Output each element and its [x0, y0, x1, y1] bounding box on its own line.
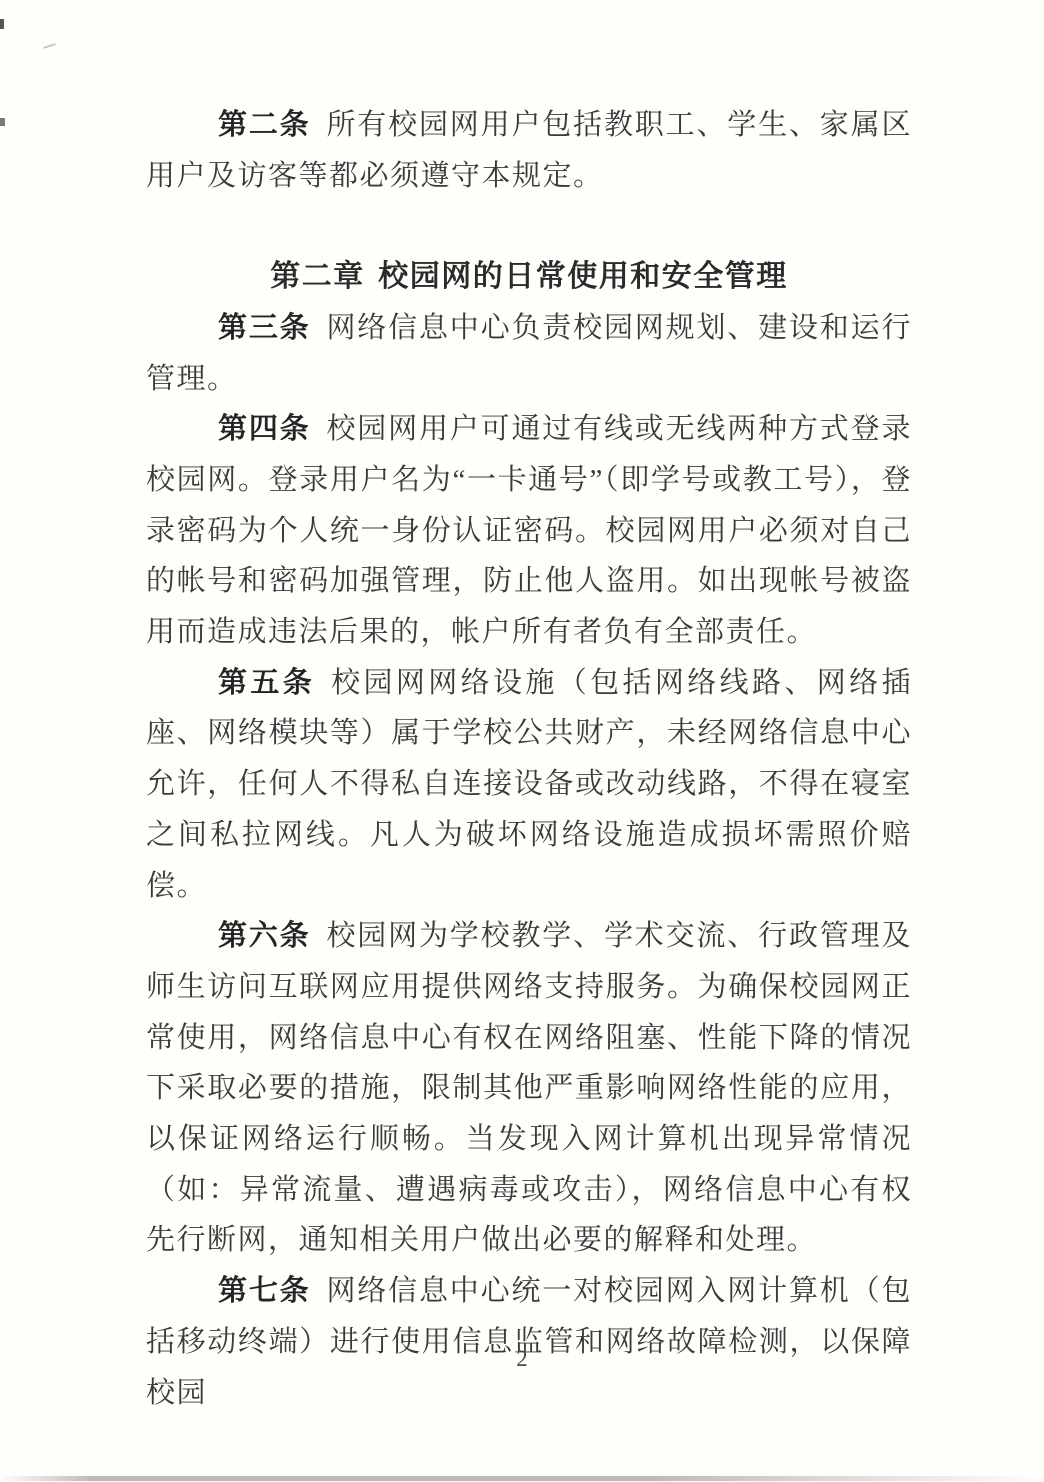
document-body: 第二条所有校园网用户包括教职工、学生、家属区用户及访客等都必须遵守本规定。 第二… [146, 100, 912, 1418]
article-paragraph: 第七条网络信息中心统一对校园网入网计算机（包括移动终端）进行使用信息监管和网络故… [146, 1266, 912, 1418]
scan-edge-mark [0, 19, 4, 29]
scan-edge-mark [0, 118, 5, 126]
scan-speck [43, 43, 56, 49]
article-label: 第二条 [218, 109, 311, 141]
article-paragraph: 第四条校园网用户可通过有线或无线两种方式登录校园网。登录用户名为“一卡通号”（即… [146, 404, 912, 658]
article-paragraph: 第二条所有校园网用户包括教职工、学生、家属区用户及访客等都必须遵守本规定。 [146, 100, 912, 201]
article-label: 第七条 [218, 1275, 311, 1307]
chapter-heading: 第二章校园网的日常使用和安全管理 [146, 252, 912, 303]
article-label: 第三条 [218, 312, 311, 344]
chapter-number: 第二章 [270, 260, 365, 293]
article-paragraph: 第三条网络信息中心负责校园网规划、建设和运行管理。 [146, 303, 912, 404]
chapter-title: 校园网的日常使用和安全管理 [378, 260, 788, 293]
article-label: 第六条 [218, 920, 311, 952]
article-paragraph: 第六条校园网为学校教学、学术交流、行政管理及师生访问互联网应用提供网络支持服务。… [146, 911, 912, 1266]
article-label: 第五条 [218, 667, 315, 699]
article-paragraph: 第五条校园网网络设施（包括网络线路、网络插座、网络模块等）属于学校公共财产，未经… [146, 658, 912, 912]
article-text: 校园网为学校教学、学术交流、行政管理及师生访问互联网应用提供网络支持服务。为确保… [146, 920, 912, 1256]
article-text: 校园网网络设施（包括网络线路、网络插座、网络模块等）属于学校公共财产，未经网络信… [146, 667, 912, 902]
article-text: 校园网用户可通过有线或无线两种方式登录校园网。登录用户名为“一卡通号”（即学号或… [146, 413, 912, 648]
document-page: 第二条所有校园网用户包括教职工、学生、家属区用户及访客等都必须遵守本规定。 第二… [0, 0, 1044, 1482]
page-number: 2 [0, 1346, 1044, 1372]
scan-bottom-shadow [0, 1476, 1044, 1481]
article-label: 第四条 [218, 413, 311, 445]
